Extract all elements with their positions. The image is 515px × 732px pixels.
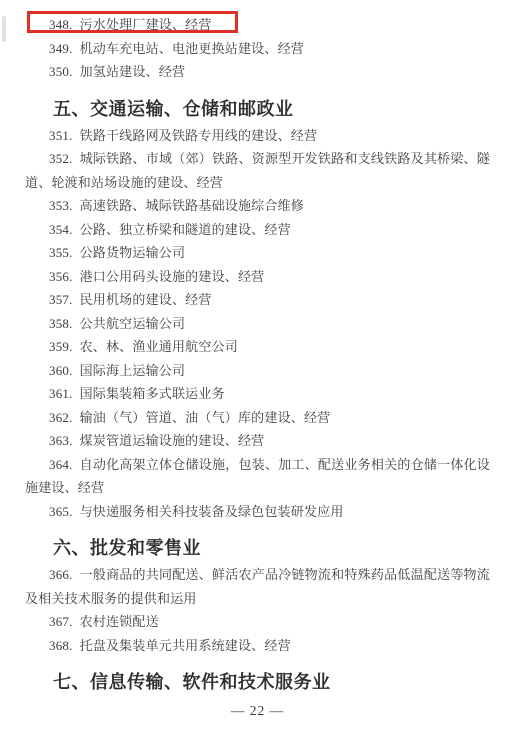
item-text: 与快递服务相关科技装备及绿色包装研发应用 — [80, 504, 344, 519]
item-text: 港口公用码头设施的建设、经营 — [80, 269, 265, 284]
item-text: 污水处理厂建设、经营 — [80, 17, 212, 32]
item-number: 357. — [49, 292, 73, 307]
catalog-section: 七、信息传输、软件和技术服务业 — [25, 667, 490, 697]
item-content: 353.高速铁路、城际铁路基础设施综合维修 — [49, 198, 304, 213]
item-number: 358. — [49, 316, 73, 331]
catalog-item: 360.国际海上运输公司 — [25, 359, 490, 383]
scan-artifact — [2, 16, 6, 42]
item-number: 362. — [49, 410, 73, 425]
page-footer: — 22 — — [25, 701, 490, 721]
item-content: 349.机动车充电站、电池更换站建设、经营 — [49, 41, 304, 56]
item-text: 公路货物运输公司 — [80, 245, 186, 260]
item-text: 机动车充电站、电池更换站建设、经营 — [80, 41, 304, 56]
item-text: 民用机场的建设、经营 — [80, 292, 212, 307]
item-number: 365. — [49, 504, 73, 519]
item-number: 364. — [49, 457, 73, 472]
item-content: 350.加氢站建设、经营 — [49, 64, 185, 79]
item-number: 359. — [49, 339, 73, 354]
item-number: 355. — [49, 245, 73, 260]
item-text: 输油（气）管道、油（气）库的建设、经营 — [80, 410, 331, 425]
item-text: 农、林、渔业通用航空公司 — [80, 339, 238, 354]
item-content: 356.港口公用码头设施的建设、经营 — [49, 269, 264, 284]
document-page: 348.污水处理厂建设、经营349.机动车充电站、电池更换站建设、经营350.加… — [0, 0, 515, 732]
item-content: 364.自动化高架立体仓储设施，包装、加工、配送业务相关的仓储一体化设施建设、经… — [25, 457, 490, 496]
section-heading: 六、批发和零售业 — [25, 533, 490, 563]
item-number: 353. — [49, 198, 73, 213]
catalog-item: 362.输油（气）管道、油（气）库的建设、经营 — [25, 406, 490, 430]
item-text: 国际海上运输公司 — [80, 363, 186, 378]
item-content: 358.公共航空运输公司 — [49, 316, 185, 331]
item-text: 城际铁路、市域（郊）铁路、资源型开发铁路和支线铁路及其桥梁、隧道、轮渡和站场设施… — [25, 151, 490, 190]
item-text: 自动化高架立体仓储设施，包装、加工、配送业务相关的仓储一体化设施建设、经营 — [25, 457, 490, 496]
catalog-item: 349.机动车充电站、电池更换站建设、经营 — [25, 37, 490, 61]
catalog-item: 365.与快递服务相关科技装备及绿色包装研发应用 — [25, 500, 490, 524]
catalog-section: 348.污水处理厂建设、经营349.机动车充电站、电池更换站建设、经营350.加… — [25, 13, 490, 84]
catalog-item: 351.铁路干线路网及铁路专用线的建设、经营 — [25, 124, 490, 148]
document-body: 348.污水处理厂建设、经营349.机动车充电站、电池更换站建设、经营350.加… — [25, 13, 490, 697]
section-heading: 七、信息传输、软件和技术服务业 — [25, 667, 490, 697]
catalog-item: 353.高速铁路、城际铁路基础设施综合维修 — [25, 194, 490, 218]
item-content: 354.公路、独立桥梁和隧道的建设、经营 — [49, 222, 291, 237]
item-number: 360. — [49, 363, 73, 378]
item-number: 348. — [49, 17, 73, 32]
item-content: 352.城际铁路、市域（郊）铁路、资源型开发铁路和支线铁路及其桥梁、隧道、轮渡和… — [25, 151, 490, 190]
catalog-item: 361.国际集装箱多式联运业务 — [25, 382, 490, 406]
item-number: 368. — [49, 638, 73, 653]
item-number: 352. — [49, 151, 73, 166]
item-number: 356. — [49, 269, 73, 284]
item-text: 煤炭管道运输设施的建设、经营 — [80, 433, 265, 448]
item-content: 363.煤炭管道运输设施的建设、经营 — [49, 433, 264, 448]
catalog-item: 356.港口公用码头设施的建设、经营 — [25, 265, 490, 289]
item-content: 355.公路货物运输公司 — [49, 245, 185, 260]
catalog-item: 363.煤炭管道运输设施的建设、经营 — [25, 429, 490, 453]
item-content: 360.国际海上运输公司 — [49, 363, 185, 378]
item-number: 363. — [49, 433, 73, 448]
section-heading: 五、交通运输、仓储和邮政业 — [25, 94, 490, 124]
catalog-item: 352.城际铁路、市域（郊）铁路、资源型开发铁路和支线铁路及其桥梁、隧道、轮渡和… — [25, 147, 490, 194]
catalog-item: 368.托盘及集装单元共用系统建设、经营 — [25, 634, 490, 658]
item-text: 铁路干线路网及铁路专用线的建设、经营 — [80, 128, 318, 143]
highlight-box: 348.污水处理厂建设、经营 — [49, 17, 212, 32]
item-content: 368.托盘及集装单元共用系统建设、经营 — [49, 638, 291, 653]
item-content: 362.输油（气）管道、油（气）库的建设、经营 — [49, 410, 330, 425]
item-content: 367.农村连锁配送 — [49, 614, 159, 629]
catalog-item: 355.公路货物运输公司 — [25, 241, 490, 265]
item-number: 349. — [49, 41, 73, 56]
catalog-item: 358.公共航空运输公司 — [25, 312, 490, 336]
item-text: 托盘及集装单元共用系统建设、经营 — [80, 638, 291, 653]
item-content: 359.农、林、渔业通用航空公司 — [49, 339, 238, 354]
item-content: 365.与快递服务相关科技装备及绿色包装研发应用 — [49, 504, 344, 519]
item-number: 367. — [49, 614, 73, 629]
catalog-item: 354.公路、独立桥梁和隧道的建设、经营 — [25, 218, 490, 242]
item-number: 350. — [49, 64, 73, 79]
item-text: 加氢站建设、经营 — [80, 64, 186, 79]
item-text: 国际集装箱多式联运业务 — [80, 386, 225, 401]
catalog-item: 364.自动化高架立体仓储设施，包装、加工、配送业务相关的仓储一体化设施建设、经… — [25, 453, 490, 500]
catalog-item: 350.加氢站建设、经营 — [25, 60, 490, 84]
page-number: — 22 — — [231, 703, 284, 718]
item-text: 农村连锁配送 — [80, 614, 159, 629]
item-content: 366.一般商品的共同配送、鲜活农产品冷链物流和特殊药品低温配送等物流及相关技术… — [25, 567, 490, 606]
item-content: 351.铁路干线路网及铁路专用线的建设、经营 — [49, 128, 317, 143]
catalog-item: 348.污水处理厂建设、经营 — [25, 13, 490, 37]
catalog-section: 六、批发和零售业366.一般商品的共同配送、鲜活农产品冷链物流和特殊药品低温配送… — [25, 533, 490, 657]
item-number: 361. — [49, 386, 73, 401]
item-text: 公共航空运输公司 — [80, 316, 186, 331]
item-number: 354. — [49, 222, 73, 237]
catalog-item: 367.农村连锁配送 — [25, 610, 490, 634]
item-content: 357.民用机场的建设、经营 — [49, 292, 212, 307]
item-number: 351. — [49, 128, 73, 143]
item-number: 366. — [49, 567, 73, 582]
catalog-item: 357.民用机场的建设、经营 — [25, 288, 490, 312]
catalog-section: 五、交通运输、仓储和邮政业351.铁路干线路网及铁路专用线的建设、经营352.城… — [25, 94, 490, 524]
item-text: 高速铁路、城际铁路基础设施综合维修 — [80, 198, 304, 213]
catalog-item: 359.农、林、渔业通用航空公司 — [25, 335, 490, 359]
catalog-item: 366.一般商品的共同配送、鲜活农产品冷链物流和特殊药品低温配送等物流及相关技术… — [25, 563, 490, 610]
item-content: 361.国际集装箱多式联运业务 — [49, 386, 225, 401]
item-text: 一般商品的共同配送、鲜活农产品冷链物流和特殊药品低温配送等物流及相关技术服务的提… — [25, 567, 490, 606]
item-text: 公路、独立桥梁和隧道的建设、经营 — [80, 222, 291, 237]
